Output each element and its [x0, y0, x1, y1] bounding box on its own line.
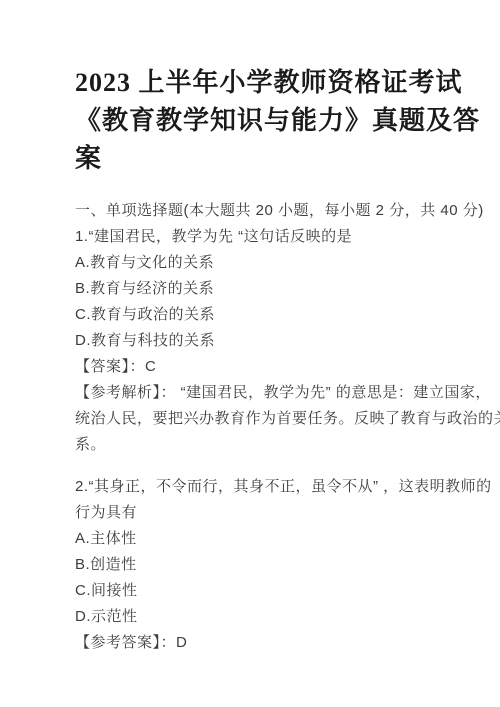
question-stem-line: 行为具有: [75, 500, 460, 526]
option-line: A.教育与文化的关系: [75, 250, 460, 276]
answer-line: 【参考答案】：D: [75, 630, 460, 656]
option-line: A.主体性: [75, 526, 460, 552]
analysis-line: 系。: [75, 432, 460, 458]
question-stem-line: 2.“其身正，不令而行，其身不正，虽令不从” ，这表明教师的: [75, 474, 460, 500]
section-heading: 一、单项选择题(本大题共 20 小题，每小题 2 分，共 40 分): [75, 198, 460, 224]
analysis-line: 【参考解析】： “建国君民，教学为先” 的意思是：建立国家，: [75, 380, 460, 406]
questions-container: 1.“建国君民，教学为先 “这句话反映的是A.教育与文化的关系B.教育与经济的关…: [75, 224, 460, 656]
option-line: C.教育与政治的关系: [75, 302, 460, 328]
document-page: 2023 上半年小学教师资格证考试 《教育教学知识与能力》真题及答 案 一、单项…: [0, 0, 500, 707]
page-title: 2023 上半年小学教师资格证考试 《教育教学知识与能力》真题及答 案: [75, 64, 460, 178]
option-line: B.创造性: [75, 552, 460, 578]
option-line: B.教育与经济的关系: [75, 276, 460, 302]
title-line: 2023 上半年小学教师资格证考试: [75, 64, 460, 102]
title-line: 《教育教学知识与能力》真题及答: [75, 102, 460, 140]
option-line: D.示范性: [75, 604, 460, 630]
question-stem-line: 1.“建国君民，教学为先 “这句话反映的是: [75, 224, 460, 250]
paragraph-gap: [75, 458, 460, 474]
option-line: D.教育与科技的关系: [75, 328, 460, 354]
option-line: C.间接性: [75, 578, 460, 604]
title-line: 案: [75, 140, 460, 178]
answer-line: 【答案】：C: [75, 354, 460, 380]
analysis-line: 统治人民，要把兴办教育作为首要任务。反映了教育与政治的关: [75, 406, 460, 432]
